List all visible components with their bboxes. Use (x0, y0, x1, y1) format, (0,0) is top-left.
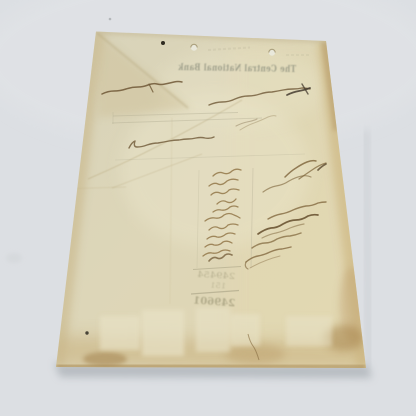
light-patch (286, 316, 332, 346)
backdrop-speck (109, 18, 112, 21)
bottom-left-blotch (83, 352, 127, 366)
backdrop-smudge (6, 253, 22, 263)
light-patch (100, 316, 140, 350)
bottom-center-blotch (225, 344, 285, 364)
paper-sheet: The Central National Bank 249454 151 249… (56, 32, 366, 369)
light-patch (142, 310, 184, 356)
ink-speck (161, 41, 165, 45)
light-patch (196, 308, 230, 352)
photo-of-document: The Central National Bank 249454 151 249… (0, 0, 416, 416)
photo-canvas: The Central National Bank 249454 151 249… (0, 0, 416, 416)
light-patch (230, 314, 260, 346)
stamped-figure-row2: 151 (210, 281, 226, 291)
ink-speck (85, 331, 88, 334)
right-shadow (366, 130, 369, 368)
bleed-through-heading: The Central National Bank (178, 63, 296, 75)
